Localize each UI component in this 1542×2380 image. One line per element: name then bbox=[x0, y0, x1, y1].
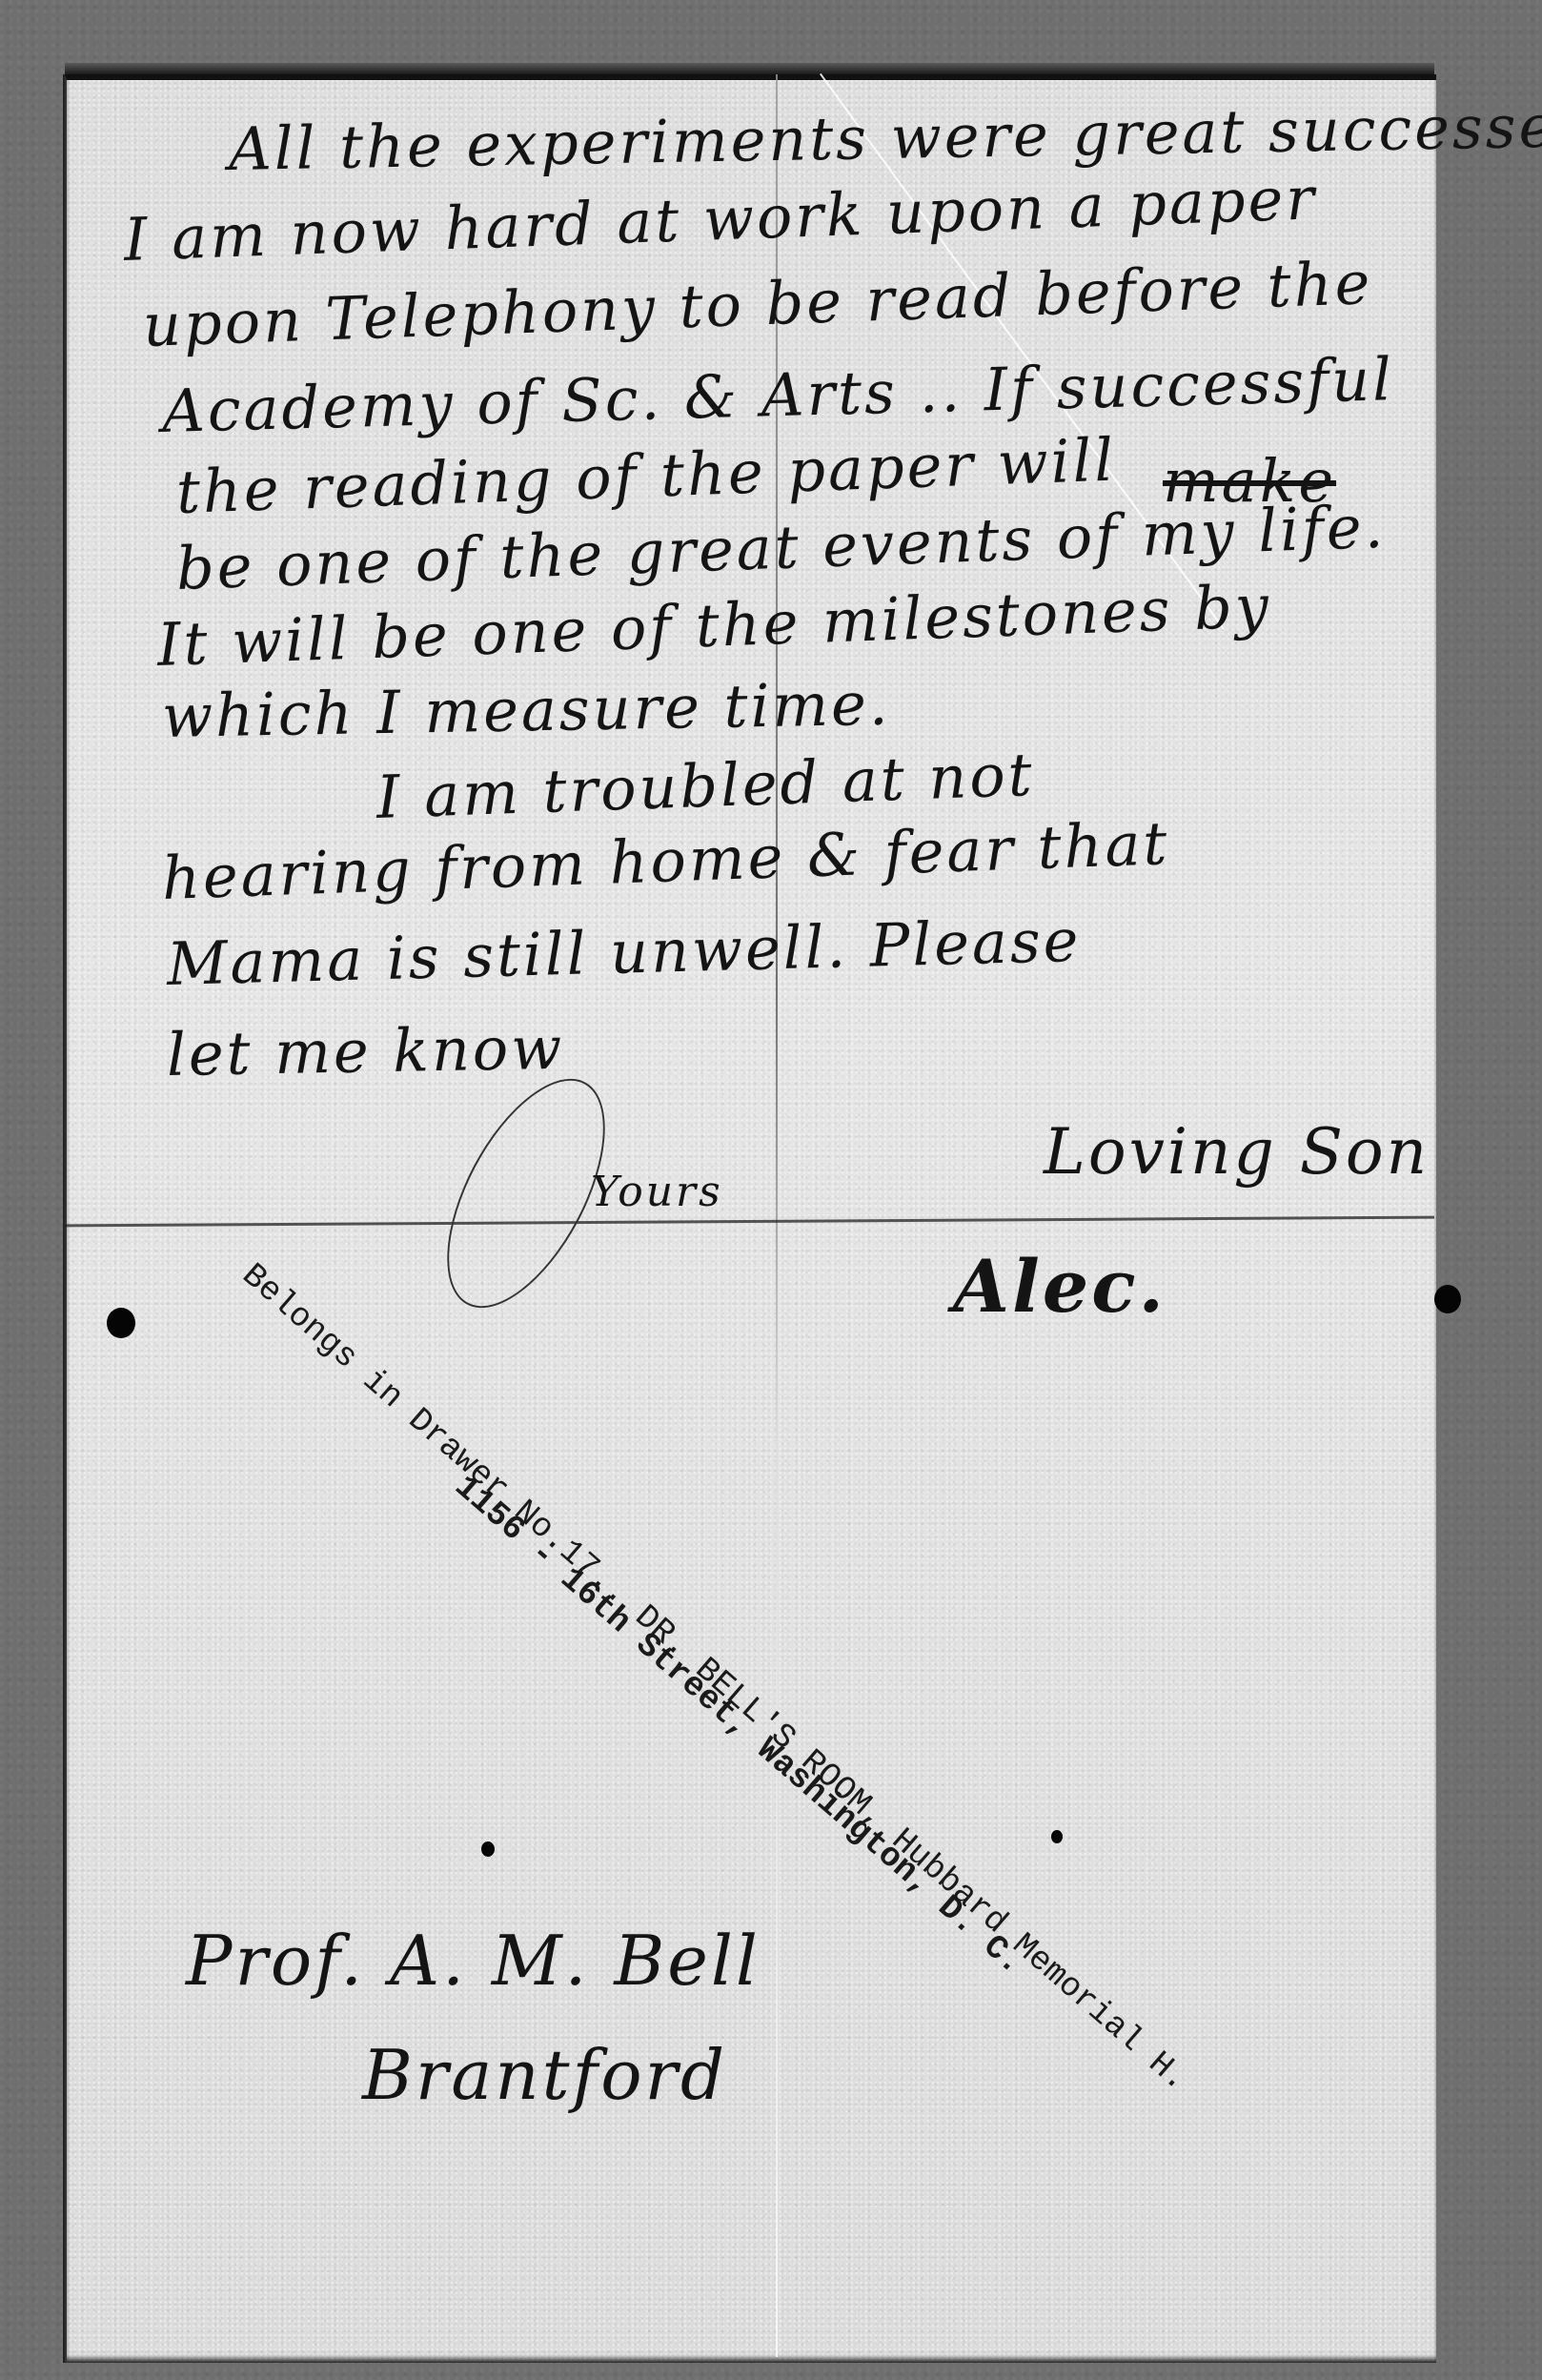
address-line-1: Prof. A. M. Bell bbox=[186, 1921, 761, 2001]
punch-hole-left-icon bbox=[107, 1308, 135, 1338]
letter-line: which I measure time. bbox=[161, 669, 891, 751]
punch-hole-right-icon bbox=[1434, 1285, 1461, 1313]
letter-line: let me know bbox=[166, 1013, 564, 1089]
address-line-2: Brantford bbox=[362, 2035, 727, 2115]
signature: Alec. bbox=[953, 1244, 1167, 1329]
ink-dot bbox=[481, 1841, 495, 1857]
marginal-mark: Yours bbox=[591, 1168, 723, 1216]
closing: Loving Son bbox=[1044, 1115, 1430, 1189]
ink-dot bbox=[1051, 1830, 1063, 1843]
